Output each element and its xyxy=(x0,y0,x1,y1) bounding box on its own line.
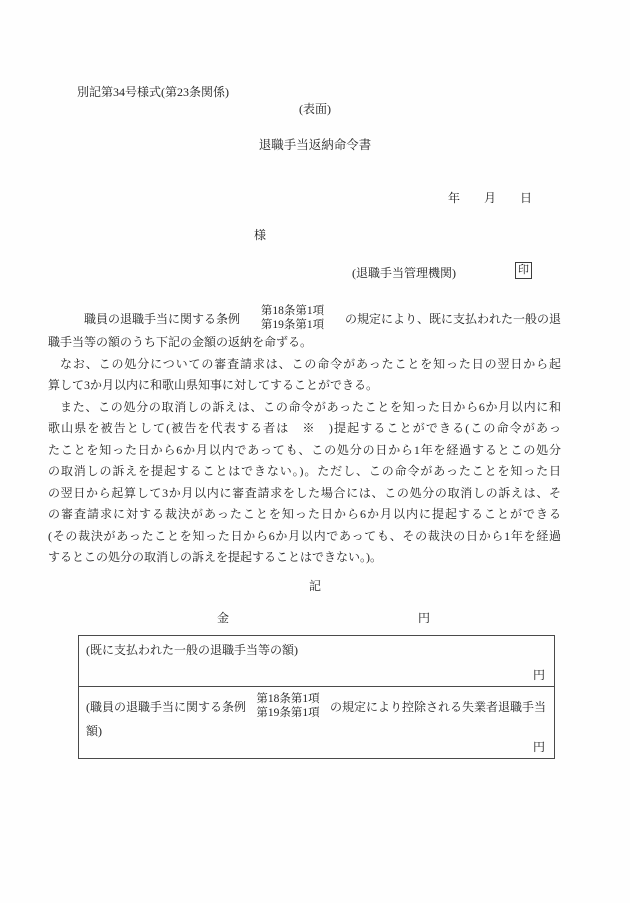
form-number: 別記第34号様式(第23条関係) xyxy=(77,83,229,100)
lawsuit-line-5: の翌日から起算して3か月以内に審査請求をした場合には、この処分の取消しの訴えは、… xyxy=(48,483,561,505)
seal-mark-icon: 印 xyxy=(515,262,532,279)
side-label: (表面) xyxy=(0,100,630,117)
table-row-deducted-allowance: (職員の退職手当に関する条例 第18条第1項 第19条第1項 の規定により控除さ… xyxy=(79,687,554,758)
yen-unit: 円 xyxy=(533,738,545,755)
clause-bottom: 第19条第1項 xyxy=(256,706,319,720)
date-line: 年 月 日 xyxy=(448,189,532,206)
addressee-honorific: 様 xyxy=(254,226,266,243)
lawsuit-line-1: また、この処分の取消しの訴えは、この命令があったことを知った日から6か月以内に和 xyxy=(48,397,561,419)
row-label-line-2: 額) xyxy=(79,721,554,741)
table-row-paid-allowance: (既に支払われた一般の退職手当等の額) 円 xyxy=(79,636,554,687)
order-paragraph-tail: の規定により、既に支払われた一般の退 xyxy=(345,310,561,327)
row-label: (既に支払われた一般の退職手当等の額) xyxy=(79,636,554,658)
lawsuit-line-2: 歌山県を被告として(被告を代表する者は ※ )提起することができる(この命令があ… xyxy=(48,418,561,440)
order-paragraph-line-1: 職員の退職手当に関する条例 第18条第1項 第19条第1項 の規定により、既に支… xyxy=(48,304,561,332)
ordinance-clause-stack: 第18条第1項 第19条第1項 xyxy=(261,304,324,332)
lawsuit-line-4: の取消しの訴えを提起することはできない。)。ただし、この命令があったことを知った… xyxy=(48,461,561,483)
body-text: 職員の退職手当に関する条例 第18条第1項 第19条第1項 の規定により、既に支… xyxy=(48,304,561,569)
ordinance-clause-stack: 第18条第1項 第19条第1項 xyxy=(256,692,319,720)
yen-unit: 円 xyxy=(533,666,545,683)
amount-label: 金 xyxy=(217,609,229,626)
row-label-line-1: (職員の退職手当に関する条例 第18条第1項 第19条第1項 の規定により控除さ… xyxy=(79,687,554,721)
amount-unit: 円 xyxy=(418,609,430,626)
lawsuit-line-6: の審査請求に対する裁決があったことを知った日から6か月以内に提起することができる xyxy=(48,504,561,526)
clause-top: 第18条第1項 xyxy=(256,692,319,706)
ordinance-name: (職員の退職手当に関する条例 xyxy=(86,698,246,715)
lawsuit-line-7: (その裁決があったことを知った日から6か月以内であっても、その裁決の日から1年を… xyxy=(48,526,561,548)
clause-bottom: 第19条第1項 xyxy=(261,318,324,332)
clause-top: 第18条第1項 xyxy=(261,304,324,318)
review-request-line-2: 算して3か月以内に和歌山県知事に対してすることができる。 xyxy=(48,375,561,397)
issuing-agency-label: (退職手当管理機関) xyxy=(352,264,456,281)
lawsuit-line-3: たことを知った日から6か月以内であっても、この処分の日から1年を経過するとこの処… xyxy=(48,440,561,462)
order-paragraph-line-2: 職手当等の額のうち下記の金額の返納を命ずる。 xyxy=(48,332,561,354)
amounts-table: (既に支払われた一般の退職手当等の額) 円 (職員の退職手当に関する条例 第18… xyxy=(78,635,555,759)
lawsuit-line-8: するとこの処分の取消しの訴えを提起することはできない。)。 xyxy=(48,547,561,569)
document-page: 別記第34号様式(第23条関係) (表面) 退職手当返納命令書 年 月 日 様 … xyxy=(0,0,630,903)
row-label-tail: の規定により控除される失業者退職手当 xyxy=(330,698,546,715)
review-request-line-1: なお、この処分についての審査請求は、この命令があったことを知った日の翌日から起 xyxy=(48,354,561,376)
document-title: 退職手当返納命令書 xyxy=(0,135,630,153)
ordinance-name: 職員の退職手当に関する条例 xyxy=(48,310,240,327)
record-heading: 記 xyxy=(0,577,630,594)
